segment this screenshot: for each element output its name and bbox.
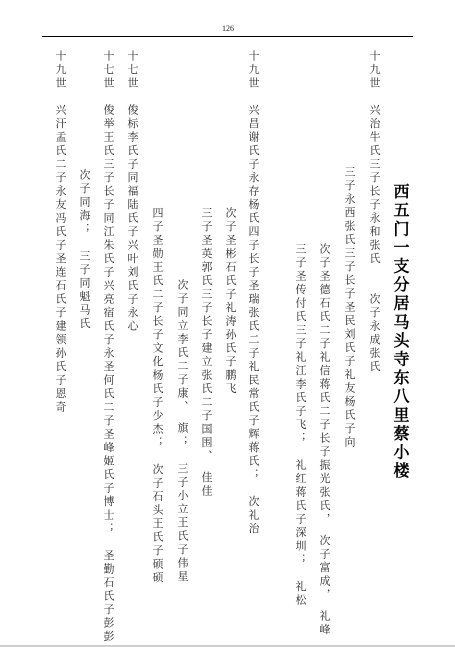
genealogy-column: 四子圣勋王氏二子长子文化杨氏子少杰； 次子石头王氏子硕硕	[150, 207, 164, 585]
genealogy-column: 十九世 兴治牛氏三子长子永和张氏 次子永成张氏	[367, 50, 381, 374]
header-divider	[42, 36, 413, 37]
genealogy-column: 十九世 兴昌谢氏子永存杨氏四子长子圣瑞张氏二子礼民常氏子辉蒋氏； 次礼治	[246, 50, 260, 536]
page-number: 126	[218, 24, 238, 33]
genealogy-column: 次子圣德石氏二子礼信蒋氏二子长子振光张氏， 次子富成， 礼峰	[317, 243, 331, 637]
genealogy-column: 三子圣传付氏三子礼江李氏子飞； 礼红蒋氏子深圳； 礼松	[293, 243, 307, 608]
genealogy-column: 三子永西张氏三子长子圣民刘氏子礼友杨氏子向	[342, 166, 356, 450]
genealogy-column: 十七世 俊举王氏三子长子同江朱氏子兴亮宿氏子永圣何氏二子圣峰姬氏子博士； 圣勤石…	[101, 50, 115, 644]
genealogy-column: 次子同海； 三子同魁马氏	[77, 169, 91, 331]
genealogy-column: 次子圣彬石氏子礼涛孙氏子鹏飞	[223, 207, 237, 396]
genealogy-column: 次子同立李氏二子康、 旗； 三子小立王氏子伟星	[175, 279, 189, 584]
section-title: 西五门一支分居马头寺东八里蔡小楼	[390, 183, 410, 481]
genealogy-column: 三子圣英郭氏三子长子建立张氏二子国围、 佳佳	[199, 207, 213, 499]
genealogy-column: 十七世 俊标李氏子同福陆氏子兴叶刘氏子永心	[125, 50, 139, 334]
genealogy-column: 十九世 兴汗孟氏二子永友冯氏子圣连石氏子建领孙氏子恩奇	[53, 50, 67, 415]
